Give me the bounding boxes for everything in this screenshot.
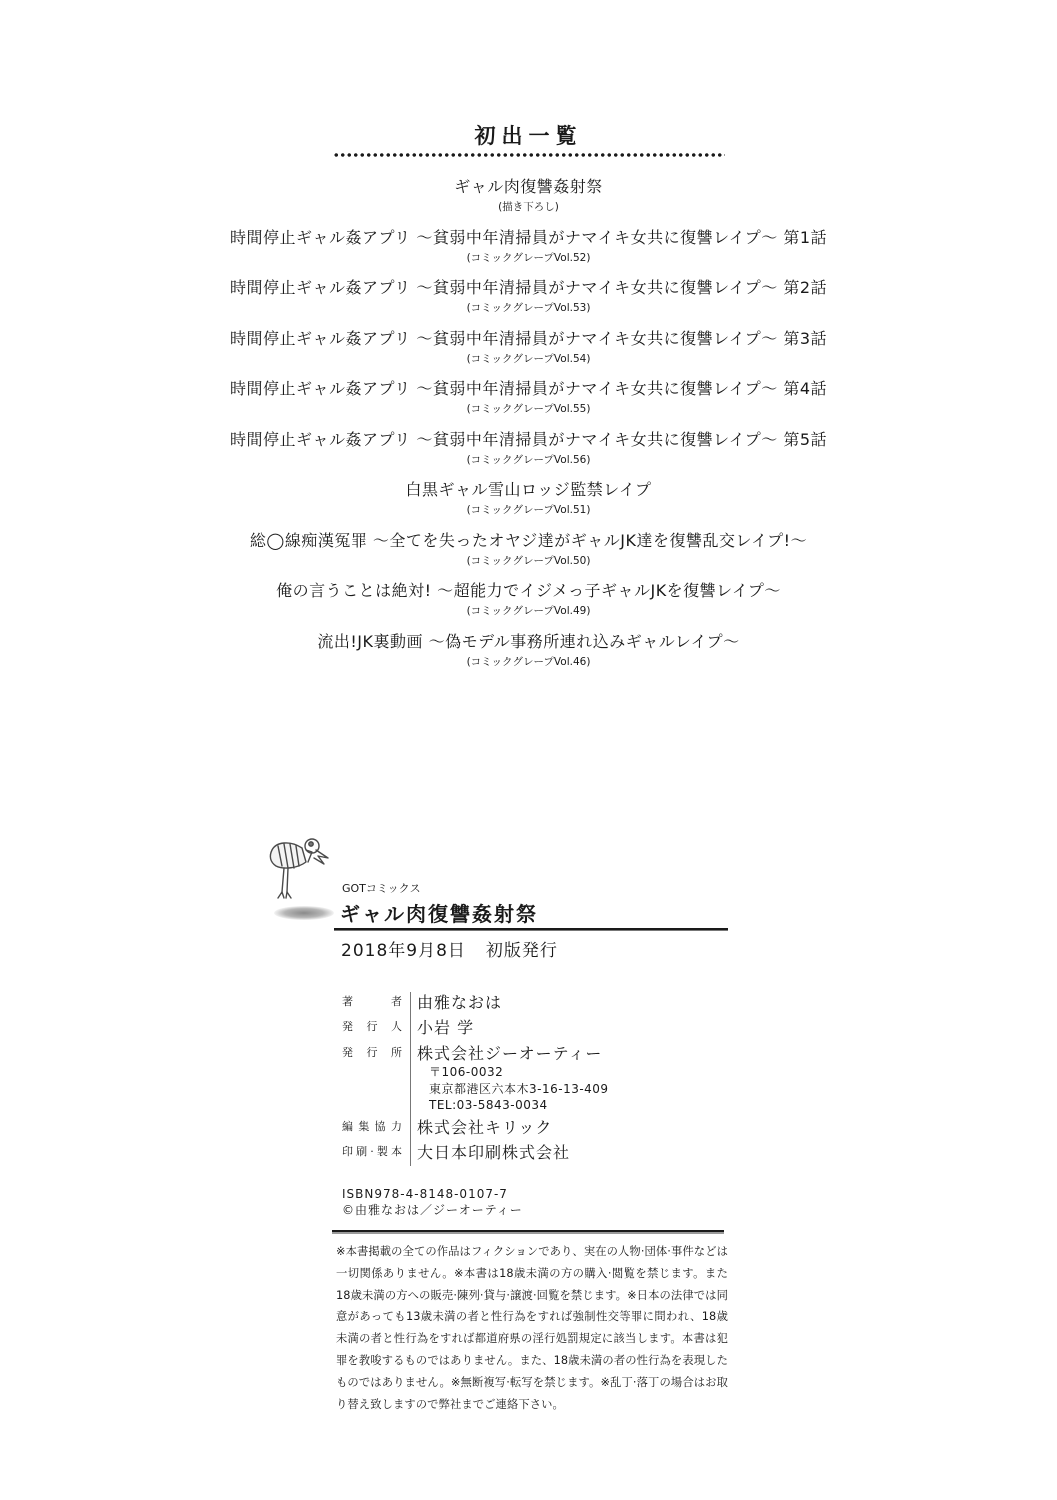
isbn-block: ISBN978-4-8148-0107-7 ©由雅なおは／ジーオーティー xyxy=(342,1186,523,1218)
street-address: 東京都港区六本木3-16-13-409 xyxy=(429,1081,609,1098)
telephone: TEL:03-5843-0034 xyxy=(429,1097,609,1114)
notice-rule xyxy=(332,1230,724,1234)
list-item: 白黒ギャル雪山ロッジ監禁レイプ (コミックグレープVol.51) xyxy=(0,479,1057,530)
list-item: 時間停止ギャル姦アプリ ～貧弱中年清掃員がナマイキ女共に復讐レイプ～ 第2話 (… xyxy=(0,277,1057,328)
credits-separator xyxy=(410,992,411,1166)
isbn: ISBN978-4-8148-0107-7 xyxy=(342,1186,523,1202)
imprint-label: GOTコミックス xyxy=(342,880,421,896)
work-source: (コミックグレープVol.56) xyxy=(0,451,1057,469)
publication-date: 2018年9月8日初版発行 xyxy=(341,936,558,961)
work-source: (コミックグレープVol.53) xyxy=(0,299,1057,317)
list-item: ギャル肉復讐姦射祭 (描き下ろし) xyxy=(0,176,1057,227)
list-item: 流出!JK裏動画 ～偽モデル事務所連れ込みギャルレイプ～ (コミックグレープVo… xyxy=(0,631,1057,682)
work-title: 時間停止ギャル姦アプリ ～貧弱中年清掃員がナマイキ女共に復讐レイプ～ 第4話 xyxy=(0,378,1057,400)
work-title: 時間停止ギャル姦アプリ ～貧弱中年清掃員がナマイキ女共に復讐レイプ～ 第1話 xyxy=(0,227,1057,249)
work-source: (コミックグレープVol.52) xyxy=(0,249,1057,267)
work-title: 白黒ギャル雪山ロッジ監禁レイプ xyxy=(0,479,1057,501)
work-title: 時間停止ギャル姦アプリ ～貧弱中年清掃員がナマイキ女共に復讐レイプ～ 第3話 xyxy=(0,328,1057,350)
edition-text: 初版発行 xyxy=(486,941,558,961)
credit-label: 著 者 xyxy=(342,993,402,1009)
work-title: ギャル肉復讐姦射祭 xyxy=(0,176,1057,198)
list-item: 俺の言うことは絶対! ～超能力でイジメっ子ギャルJKを復讐レイプ～ (コミックグ… xyxy=(0,580,1057,631)
work-title: 時間停止ギャル姦アプリ ～貧弱中年清掃員がナマイキ女共に復讐レイプ～ 第2話 xyxy=(0,277,1057,299)
date-text: 2018年9月8日 xyxy=(341,941,466,961)
title-rule xyxy=(334,928,728,931)
dotted-divider xyxy=(333,152,725,158)
credit-label: 発行所 xyxy=(342,1044,402,1060)
work-source: (描き下ろし) xyxy=(0,198,1057,216)
credit-value: 小岩 学 xyxy=(417,1015,474,1038)
list-item: 時間停止ギャル姦アプリ ～貧弱中年清掃員がナマイキ女共に復讐レイプ～ 第1話 (… xyxy=(0,227,1057,278)
credit-value: 由雅なおは xyxy=(417,990,502,1013)
copyright: ©由雅なおは／ジーオーティー xyxy=(342,1202,523,1218)
work-source: (コミックグレープVol.55) xyxy=(0,400,1057,418)
first-appearance-list: ギャル肉復讐姦射祭 (描き下ろし) 時間停止ギャル姦アプリ ～貧弱中年清掃員がナ… xyxy=(0,176,1057,681)
credit-value: 株式会社キリック xyxy=(417,1115,552,1138)
credit-label: 印刷·製本 xyxy=(342,1143,402,1159)
work-title: 流出!JK裏動画 ～偽モデル事務所連れ込みギャルレイプ～ xyxy=(0,631,1057,653)
credit-value: 株式会社ジーオーティー xyxy=(417,1041,602,1064)
work-source: (コミックグレープVol.50) xyxy=(0,552,1057,570)
bird-mascot-icon xyxy=(268,836,330,916)
credit-value: 大日本印刷株式会社 xyxy=(417,1140,570,1163)
list-item: 時間停止ギャル姦アプリ ～貧弱中年清掃員がナマイキ女共に復讐レイプ～ 第5話 (… xyxy=(0,429,1057,480)
work-title: 俺の言うことは絶対! ～超能力でイジメっ子ギャルJKを復讐レイプ～ xyxy=(0,580,1057,602)
work-source: (コミックグレープVol.46) xyxy=(0,653,1057,671)
credit-label: 発行人 xyxy=(342,1018,402,1034)
work-title: 総◯線痴漢冤罪 ～全てを失ったオヤジ達がギャルJK達を復讐乱交レイプ!～ xyxy=(0,530,1057,552)
legal-notice: ※本書掲載の全ての作品はフィクションであり、実在の人物·団体·事件などは一切関係… xyxy=(336,1241,728,1415)
credit-label: 編集協力 xyxy=(342,1118,402,1134)
book-title: ギャル肉復讐姦射祭 xyxy=(340,898,538,927)
list-item: 時間停止ギャル姦アプリ ～貧弱中年清掃員がナマイキ女共に復讐レイプ～ 第4話 (… xyxy=(0,378,1057,429)
work-source: (コミックグレープVol.49) xyxy=(0,602,1057,620)
publisher-address: 〒106-0032 東京都港区六本木3-16-13-409 TEL:03-584… xyxy=(429,1064,609,1114)
list-item: 総◯線痴漢冤罪 ～全てを失ったオヤジ達がギャルJK達を復讐乱交レイプ!～ (コミ… xyxy=(0,530,1057,581)
work-title: 時間停止ギャル姦アプリ ～貧弱中年清掃員がナマイキ女共に復讐レイプ～ 第5話 xyxy=(0,429,1057,451)
list-item: 時間停止ギャル姦アプリ ～貧弱中年清掃員がナマイキ女共に復讐レイプ～ 第3話 (… xyxy=(0,328,1057,379)
work-source: (コミックグレープVol.51) xyxy=(0,501,1057,519)
work-source: (コミックグレープVol.54) xyxy=(0,350,1057,368)
postal-code: 〒106-0032 xyxy=(429,1064,609,1081)
page-title: 初出一覧 xyxy=(0,120,1057,150)
